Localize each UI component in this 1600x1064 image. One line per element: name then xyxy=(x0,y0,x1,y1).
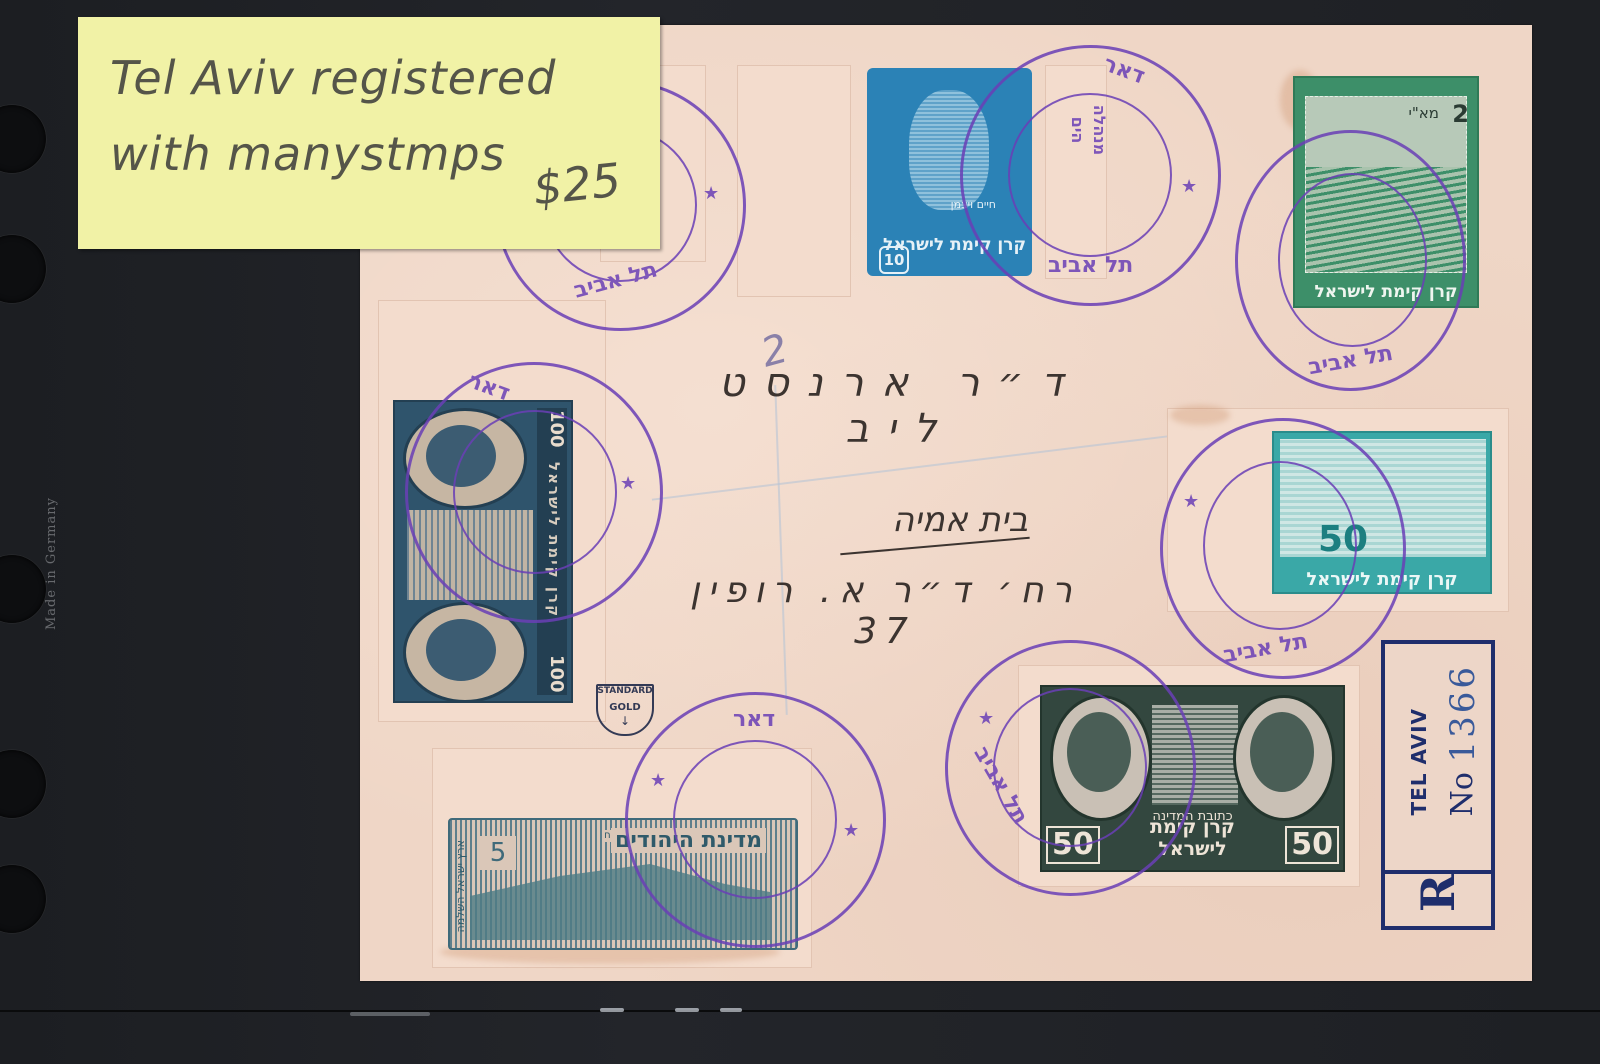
binder-hole xyxy=(0,105,46,173)
stamp-inscription: קרן קימת לישראל xyxy=(883,236,1026,254)
stamp-value: 2 xyxy=(1452,100,1469,128)
registration-label: TEL AVIV No 1366 R xyxy=(1381,640,1495,930)
stamp-inscription: קרן קימת לישראל xyxy=(1122,816,1263,860)
maker-line-1: STANDARD xyxy=(596,686,654,696)
sleeve-glint xyxy=(675,1008,699,1012)
toning-spot xyxy=(1170,405,1230,425)
stamp-tab xyxy=(737,65,851,297)
price-note-line-1: Tel Aviv registered xyxy=(110,51,556,105)
stamp-map-vignette xyxy=(470,860,770,940)
stamp-inscription: קרן קימת לישראל xyxy=(545,462,563,618)
stamp-value: 100 xyxy=(537,655,567,693)
stamp-inscription: קרן קימת לישראל xyxy=(1274,569,1490,590)
registration-r-letter: R xyxy=(1411,840,1465,946)
stamp-tab xyxy=(1045,65,1107,279)
sleeve-glint xyxy=(600,1008,624,1012)
stamp-value: 50 xyxy=(1285,826,1339,864)
stamp-side-text: ארץ ישראל השלמה xyxy=(454,840,467,932)
stamp-vignette xyxy=(1305,96,1467,273)
album-margin-imprint: Made in Germany xyxy=(44,400,74,630)
portrait-weizmann xyxy=(909,90,989,210)
portrait-oval xyxy=(403,408,527,509)
registration-number: No 1366 xyxy=(1443,664,1483,816)
address-line-street: רח׳ ד״ר א. רופין 37 xyxy=(665,570,1105,652)
stamp-value: 50 xyxy=(1318,519,1368,560)
stamp-value: 50 xyxy=(1046,826,1100,864)
maker-line-2: GOLD xyxy=(596,702,654,713)
stamp-herzl-nordau-100: קרן קימת לישראל 100 100 xyxy=(393,400,573,703)
hammer-icon: ↓ xyxy=(596,714,654,728)
price-note-line-2: with manystmps xyxy=(110,127,506,181)
price-note-price: $25 xyxy=(530,153,623,216)
stamp-vignette xyxy=(407,510,533,600)
stamp-weizmann-herzl-50: כתובת המדינה 50 קרן קימת לישראל 50 xyxy=(1040,685,1345,872)
binder-hole xyxy=(0,235,46,303)
stamp-surveyors-50: 50 קרן קימת לישראל xyxy=(1272,431,1492,594)
price-note: Tel Aviv registered with manystmps $25 xyxy=(78,17,660,249)
sleeve-glint xyxy=(720,1008,742,1012)
stamp-inscription: קרן קימת לישראל xyxy=(1295,282,1477,302)
portrait-oval-left xyxy=(1050,695,1152,821)
stamp-value-unit: מא"י xyxy=(1409,104,1439,122)
stamp-inscription: מדינת היהודים xyxy=(611,828,766,853)
binder-hole xyxy=(0,555,46,623)
stamp-value: 5 xyxy=(480,836,516,870)
sleeve-edge xyxy=(0,1010,1600,1012)
stamp-weizmann-10: חיים ויצמן 10 קרן קימת לישראל xyxy=(867,68,1032,276)
sleeve-glint xyxy=(350,1012,430,1016)
registration-digits: 1366 xyxy=(1443,664,1483,763)
portrait-caption: חיים ויצמן xyxy=(951,198,996,211)
registration-r-box: R xyxy=(1385,870,1491,926)
stamp-vignette xyxy=(1280,439,1486,557)
portrait-oval-right xyxy=(1233,695,1335,821)
registration-city: TEL AVIV xyxy=(1407,708,1431,816)
stamp-shepherd-2: מא"י 2 קרן קימת לישראל xyxy=(1293,76,1479,308)
address-line-name: ד״ר ארנסט ליב xyxy=(660,360,1140,452)
registration-prefix: No xyxy=(1445,772,1480,816)
stamp-value: 100 xyxy=(537,410,567,448)
stamp-map-5: 5 י״ז כסלו התש״ח מדינת היהודים ארץ ישראל… xyxy=(448,818,798,950)
binder-hole xyxy=(0,750,46,818)
envelope-maker-mark: STANDARD GOLD ↓ xyxy=(596,684,654,736)
portrait-oval xyxy=(403,602,527,703)
binder-hole xyxy=(0,865,46,933)
address-line-house: בית אמיה xyxy=(860,500,1060,540)
stamp-vignette xyxy=(1152,705,1238,805)
